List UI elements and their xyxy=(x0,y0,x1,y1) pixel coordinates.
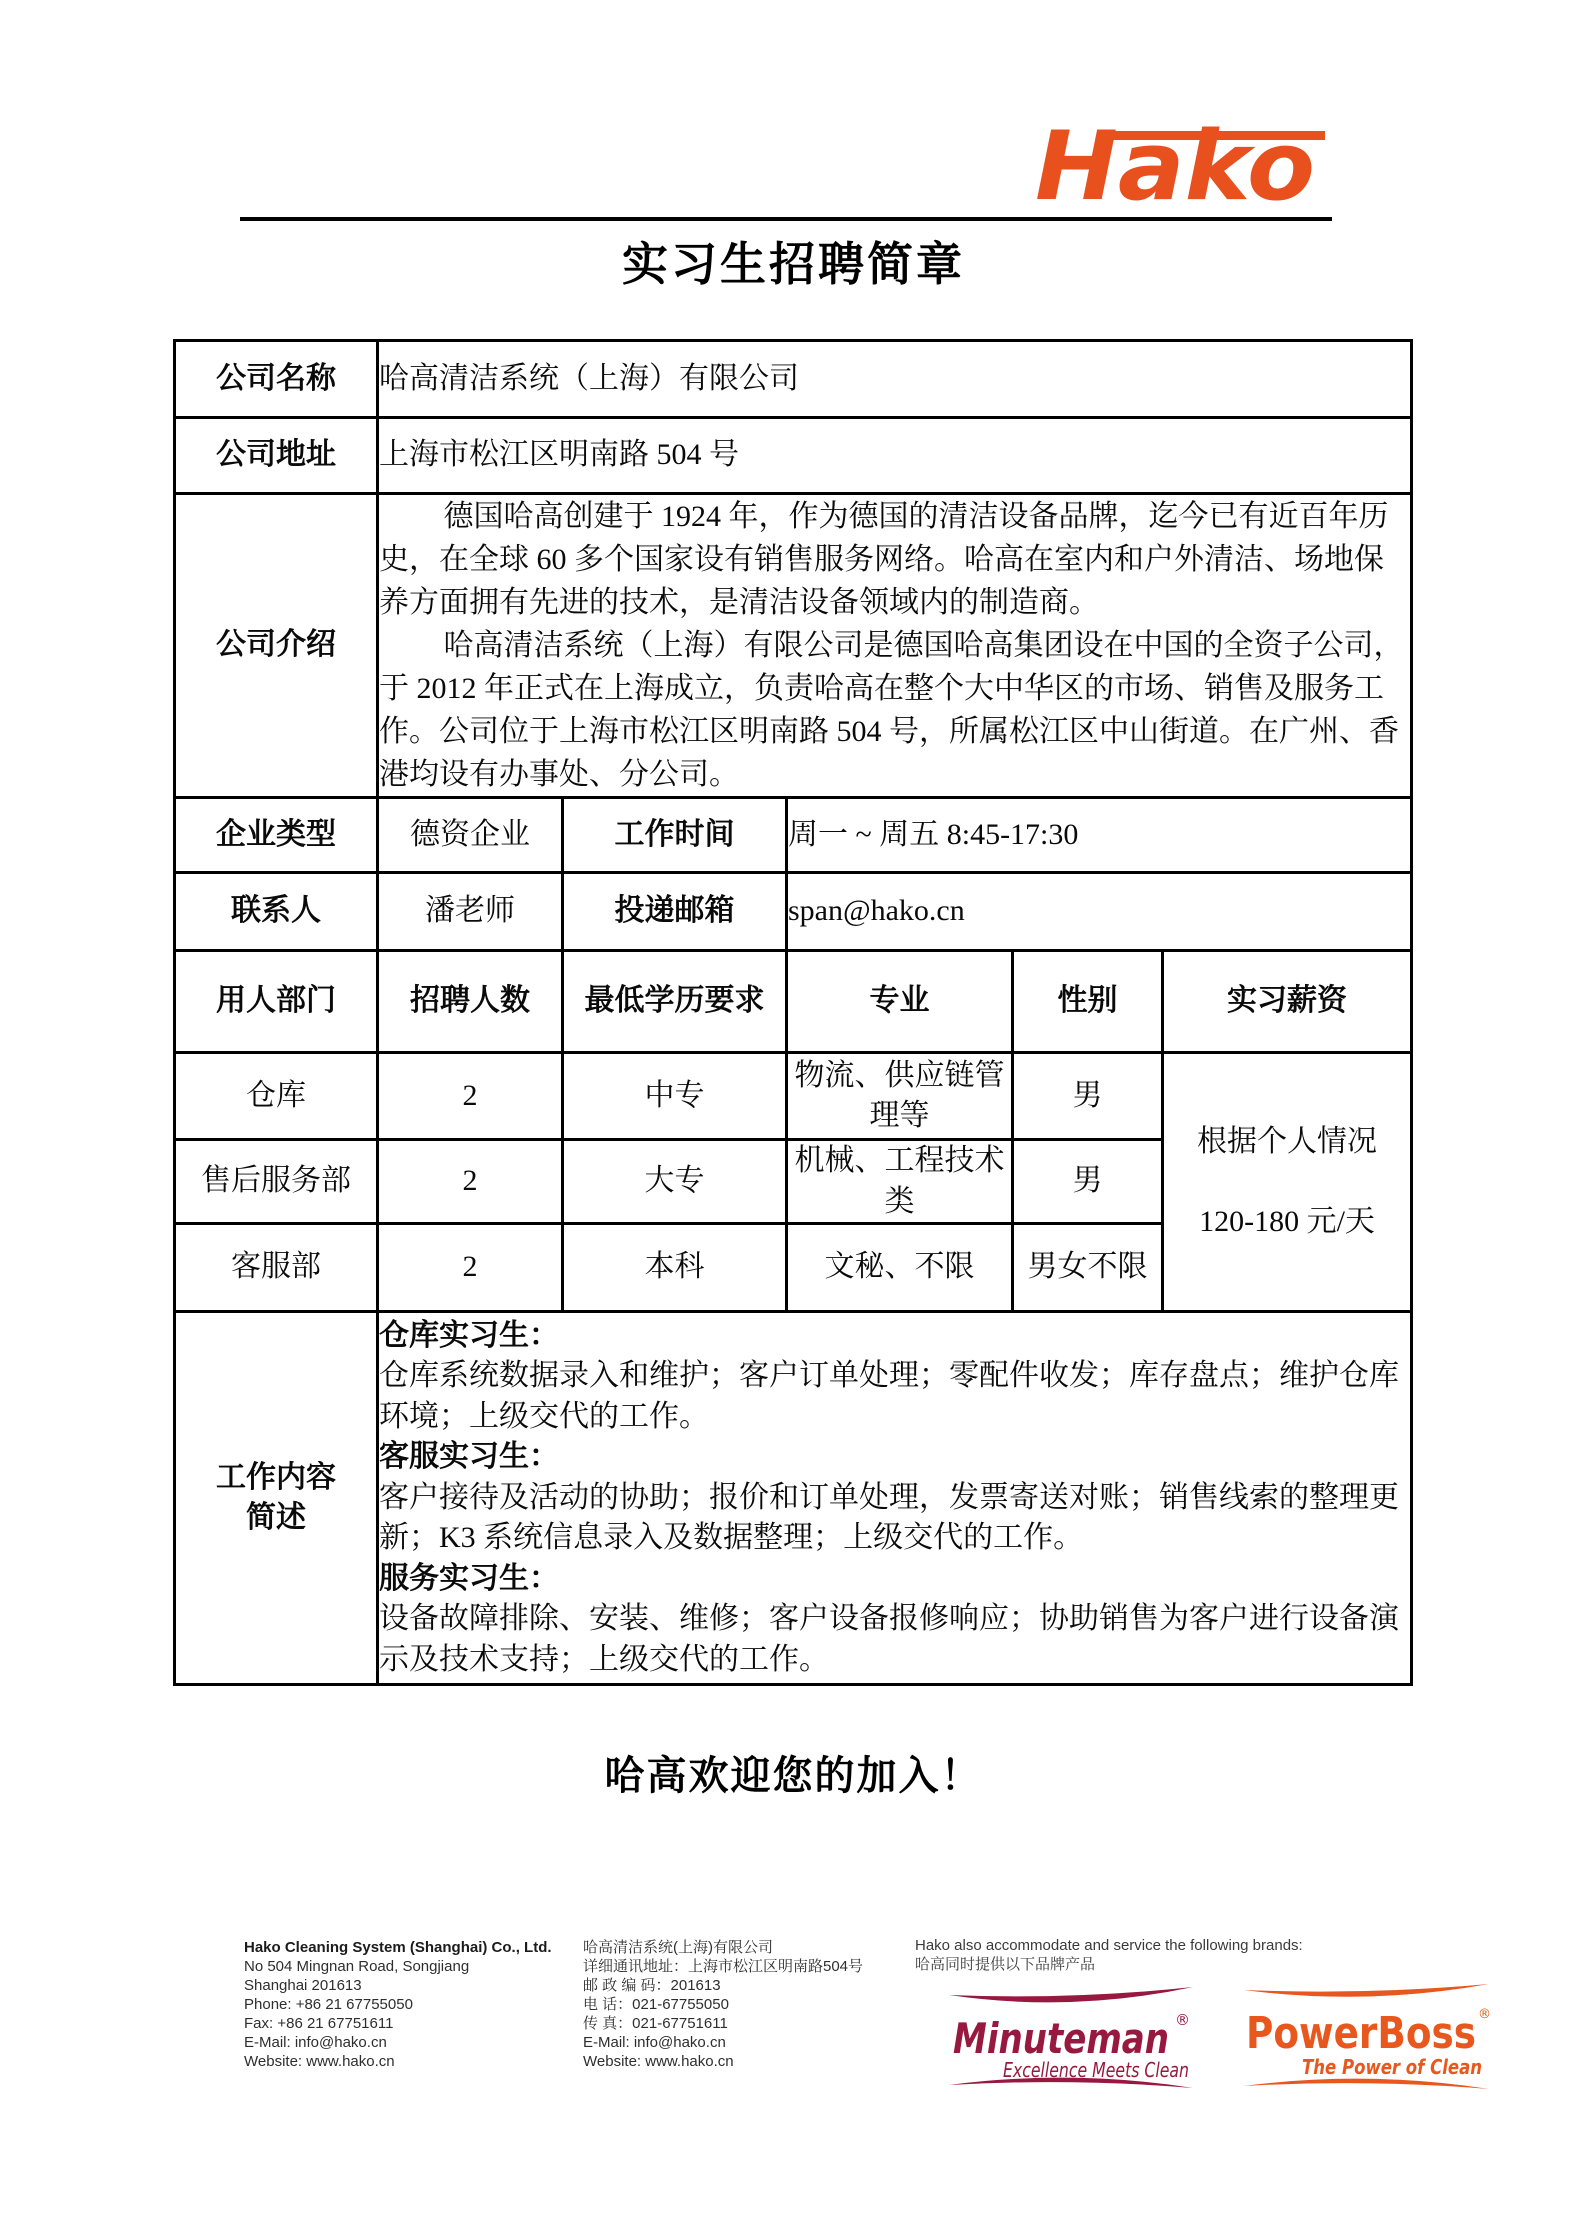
powerboss-top-swoosh xyxy=(1244,1984,1489,1997)
salary-line-2: 120-180 元/天 xyxy=(1199,1205,1375,1239)
row-duties: 工作内容 简述 仓库实习生： 仓库系统数据录入和维护；客户订单处理；零配件收发；… xyxy=(175,1312,1412,1685)
powerboss-logo: PowerBoss ® The Power of Clean xyxy=(1240,1980,1493,2099)
row-company-intro: 公司介绍 德国哈高创建于 1924 年，作为德国的清洁设备品牌，迄今已有近百年历… xyxy=(175,494,1412,798)
duties-label-line-1: 工作内容 xyxy=(176,1458,376,1499)
hako-logo-graphic: Hako xyxy=(1035,107,1325,207)
company-address-label: 公司地址 xyxy=(175,418,378,494)
hako-logo: Hako xyxy=(1035,107,1325,207)
contact-value: 潘老师 xyxy=(378,873,563,951)
job-major: 文秘、不限 xyxy=(787,1224,1013,1312)
duty-title-service: 服务实习生： xyxy=(379,1559,1410,1600)
recruitment-table: 公司名称 哈高清洁系统（上海）有限公司 公司地址 上海市松江区明南路 504 号… xyxy=(173,339,1413,1686)
company-name-value: 哈高清洁系统（上海）有限公司 xyxy=(378,341,1412,418)
footer-brands-heading-cn: 哈高同时提供以下品牌产品 xyxy=(915,1955,1303,1974)
job-major: 物流、供应链管理等 xyxy=(787,1053,1013,1140)
row-contact: 联系人 潘老师 投递邮箱 span@hako.cn xyxy=(175,873,1412,951)
job-dept: 售后服务部 xyxy=(175,1140,378,1224)
job-gender: 男 xyxy=(1013,1053,1163,1140)
jobs-header-education: 最低学历要求 xyxy=(563,951,787,1053)
footer-en-line: Website: www.hako.cn xyxy=(244,2052,552,2071)
footer-brands-heading-en: Hako also accommodate and service the fo… xyxy=(915,1936,1303,1955)
job-row-warehouse: 仓库 2 中专 物流、供应链管理等 男 根据个人情况 120-180 元/天 xyxy=(175,1053,1412,1140)
job-gender: 男 xyxy=(1013,1140,1163,1224)
company-type-value: 德资企业 xyxy=(378,798,563,873)
job-education: 大专 xyxy=(563,1140,787,1224)
powerboss-logo-graphic: PowerBoss ® The Power of Clean xyxy=(1240,1980,1493,2094)
row-company-type: 企业类型 德资企业 工作时间 周一 ~ 周五 8:45-17:30 xyxy=(175,798,1412,873)
footer-address-en: Hako Cleaning System (Shanghai) Co., Ltd… xyxy=(244,1938,552,2071)
row-company-name: 公司名称 哈高清洁系统（上海）有限公司 xyxy=(175,341,1412,418)
powerboss-bottom-swoosh xyxy=(1244,2079,1489,2089)
footer-cn-line: E-Mail: info@hako.cn xyxy=(583,2033,863,2052)
email-label: 投递邮箱 xyxy=(563,873,787,951)
duties-label-line-2: 简述 xyxy=(176,1498,376,1539)
minuteman-registered-mark: ® xyxy=(1175,2011,1190,2029)
jobs-header-count: 招聘人数 xyxy=(378,951,563,1053)
footer-cn-line: 邮 政 编 码：201613 xyxy=(583,1976,863,1995)
jobs-header-gender: 性别 xyxy=(1013,951,1163,1053)
footer-brands-heading: Hako also accommodate and service the fo… xyxy=(915,1936,1303,1974)
duty-title-customer-service: 客服实习生： xyxy=(379,1437,1410,1478)
footer-en-line: Phone: +86 21 67755050 xyxy=(244,1995,552,2014)
duty-desc-customer-service: 客户接待及活动的协助；报价和订单处理，发票寄送对账；销售线索的整理更新；K3 系… xyxy=(379,1478,1410,1559)
company-type-label: 企业类型 xyxy=(175,798,378,873)
powerboss-wordmark: PowerBoss xyxy=(1246,2008,1476,2059)
email-value: span@hako.cn xyxy=(787,873,1412,951)
salary-merged-cell: 根据个人情况 120-180 元/天 xyxy=(1163,1053,1412,1312)
welcome-message: 哈高欢迎您的加入！ xyxy=(0,1744,1587,1801)
jobs-header-major: 专业 xyxy=(787,951,1013,1053)
jobs-header-salary: 实习薪资 xyxy=(1163,951,1412,1053)
footer-cn-line: 详细通讯地址：上海市松江区明南路504号 xyxy=(583,1957,863,1976)
company-intro-paragraph-2: 哈高清洁系统（上海）有限公司是德国哈高集团设在中国的全资子公司，于 2012 年… xyxy=(379,624,1410,796)
minuteman-wordmark: Minuteman xyxy=(953,2014,1169,2063)
footer-en-line: No 504 Mingnan Road, Songjiang xyxy=(244,1957,552,1976)
company-intro-paragraph-1: 德国哈高创建于 1924 年，作为德国的清洁设备品牌，迄今已有近百年历史，在全球… xyxy=(379,495,1410,624)
job-education: 本科 xyxy=(563,1224,787,1312)
hako-logo-text: Hako xyxy=(1035,112,1315,207)
duty-desc-warehouse: 仓库系统数据录入和维护；客户订单处理；零配件收发；库存盘点；维护仓库环境；上级交… xyxy=(379,1356,1410,1437)
job-dept: 仓库 xyxy=(175,1053,378,1140)
job-gender: 男女不限 xyxy=(1013,1224,1163,1312)
footer-address-cn: 哈高清洁系统(上海)有限公司 详细通讯地址：上海市松江区明南路504号 邮 政 … xyxy=(583,1938,863,2071)
company-address-value: 上海市松江区明南路 504 号 xyxy=(378,418,1412,494)
minuteman-logo: Minuteman ® Excellence Meets Clean xyxy=(945,1981,1197,2098)
salary-stack: 根据个人情况 120-180 元/天 xyxy=(1164,1125,1410,1239)
work-time-value: 周一 ~ 周五 8:45-17:30 xyxy=(787,798,1412,873)
job-dept: 客服部 xyxy=(175,1224,378,1312)
company-name-label: 公司名称 xyxy=(175,341,378,418)
powerboss-registered-mark: ® xyxy=(1478,2007,1491,2022)
salary-line-1: 根据个人情况 xyxy=(1197,1125,1377,1159)
job-count: 2 xyxy=(378,1224,563,1312)
footer-en-line: Fax: +86 21 67751611 xyxy=(244,2014,552,2033)
job-count: 2 xyxy=(378,1140,563,1224)
footer-cn-line: Website: www.hako.cn xyxy=(583,2052,863,2071)
duty-title-warehouse: 仓库实习生： xyxy=(379,1316,1410,1357)
company-intro-label: 公司介绍 xyxy=(175,494,378,798)
minuteman-logo-graphic: Minuteman ® Excellence Meets Clean xyxy=(945,1981,1197,2093)
jobs-header-dept: 用人部门 xyxy=(175,951,378,1053)
row-jobs-header: 用人部门 招聘人数 最低学历要求 专业 性别 实习薪资 xyxy=(175,951,1412,1053)
footer-cn-line: 传 真：021-67751611 xyxy=(583,2014,863,2033)
powerboss-tagline: The Power of Clean xyxy=(1302,2055,1482,2079)
minuteman-top-swoosh xyxy=(949,1987,1193,2002)
company-intro-value: 德国哈高创建于 1924 年，作为德国的清洁设备品牌，迄今已有近百年历史，在全球… xyxy=(378,494,1412,798)
footer-en-company: Hako Cleaning System (Shanghai) Co., Ltd… xyxy=(244,1938,552,1957)
job-education: 中专 xyxy=(563,1053,787,1140)
row-company-address: 公司地址 上海市松江区明南路 504 号 xyxy=(175,418,1412,494)
header-rule xyxy=(240,217,1332,221)
work-time-label: 工作时间 xyxy=(563,798,787,873)
footer-en-line: E-Mail: info@hako.cn xyxy=(244,2033,552,2052)
page-title: 实习生招聘简章 xyxy=(0,228,1587,294)
contact-label: 联系人 xyxy=(175,873,378,951)
document-page: Hako 实习生招聘简章 公司名称 哈高清洁系统（上海）有限公司 公司地址 上海… xyxy=(0,0,1587,2214)
footer-cn-line: 哈高清洁系统(上海)有限公司 xyxy=(583,1938,863,1957)
job-count: 2 xyxy=(378,1053,563,1140)
footer-cn-line: 电 话：021-67755050 xyxy=(583,1995,863,2014)
job-major: 机械、工程技术类 xyxy=(787,1140,1013,1224)
footer-en-line: Shanghai 201613 xyxy=(244,1976,552,1995)
duties-content: 仓库实习生： 仓库系统数据录入和维护；客户订单处理；零配件收发；库存盘点；维护仓… xyxy=(378,1312,1412,1685)
duty-desc-service: 设备故障排除、安装、维修；客户设备报修响应；协助销售为客户进行设备演示及技术支持… xyxy=(379,1599,1410,1680)
duties-label: 工作内容 简述 xyxy=(175,1312,378,1685)
